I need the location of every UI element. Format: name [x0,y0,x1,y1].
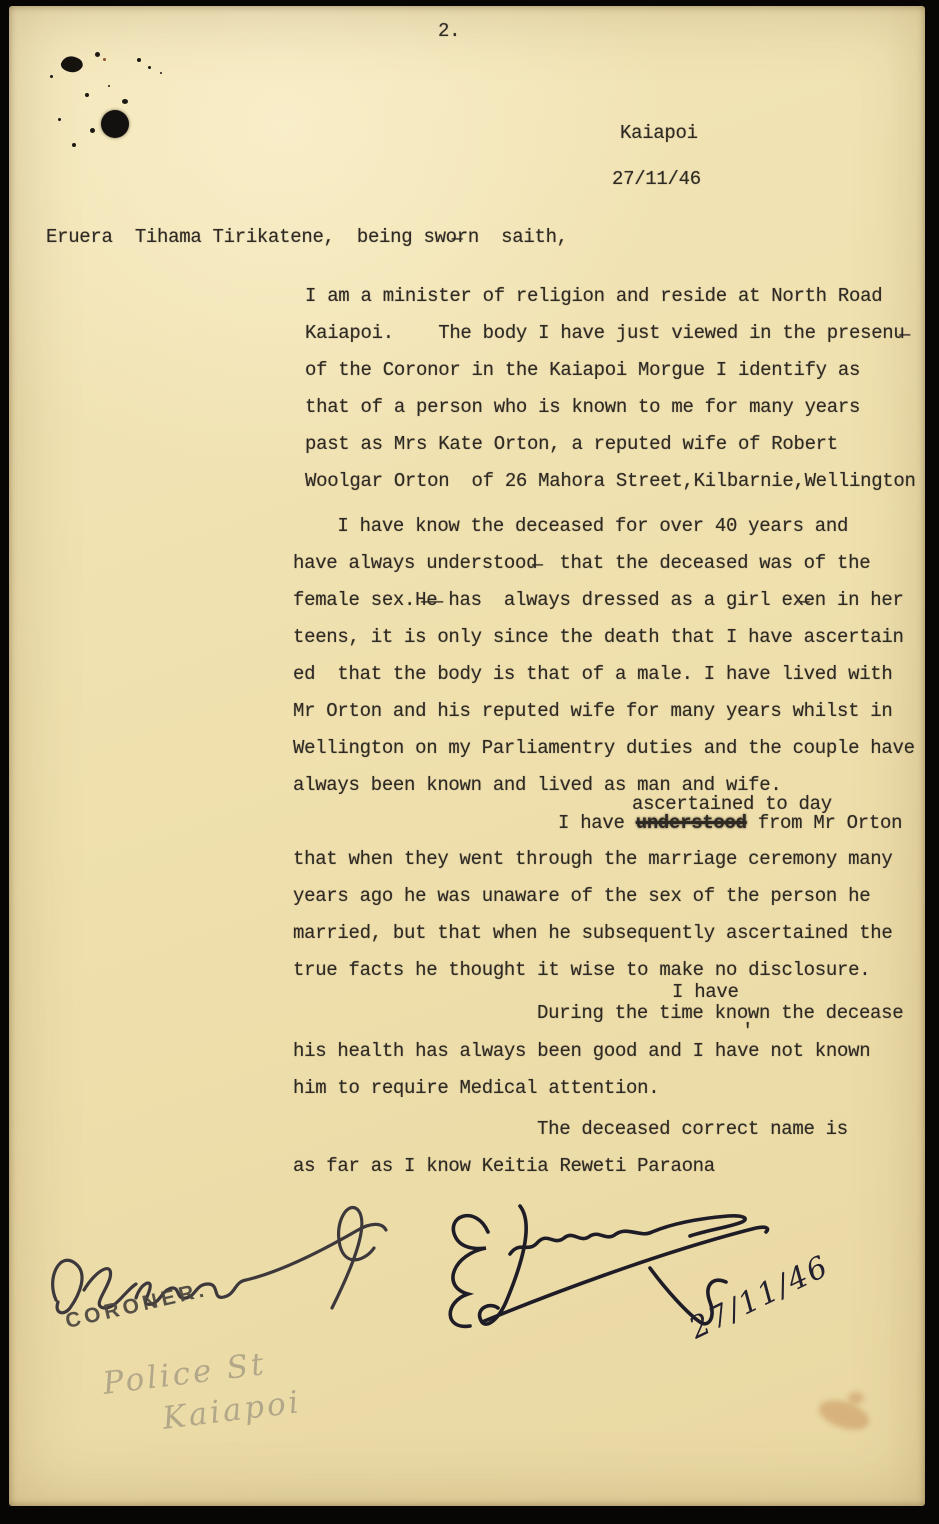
opening-line: Eruera Tihama Tirikatene, being swo̶rn s… [46,226,568,248]
struck-out-word: understood [636,812,747,834]
dateline-date: 27/11/46 [612,168,701,190]
body-line: Woolgar Orton of 26 Mahora Street,Kilbar… [305,470,916,492]
body-line: Wellington on my Parliamentry duties and… [293,737,915,759]
body-line: female sex.H̶e̶ has always dressed as a … [293,589,904,611]
interlined-insertion: I have [672,981,739,1003]
dateline-place: Kaiapoi [620,122,698,144]
body-line: During the time known the decease [537,1002,903,1024]
body-line: as far as I know Keitia Reweti Paraona [293,1155,715,1177]
body-line: I have know the deceased for over 40 yea… [293,515,848,537]
ink-speck [108,85,110,87]
scanned-document: 2. Kaiapoi 27/11/46 Eruera Tihama Tirika… [0,0,939,1524]
body-line: married, but that when he subsequently a… [293,922,893,944]
ink-speck [122,99,128,104]
coroner-signature [53,1208,386,1313]
rust-stain [848,1392,864,1404]
ink-speck [90,128,95,133]
ink-speck [85,93,89,97]
rust-speck [103,58,106,61]
body-line: that of a person who is known to me for … [305,396,860,418]
insertion-caret: ' [742,1020,753,1042]
body-line-correction: I have understood from Mr Orton [558,812,902,834]
page-number: 2. [438,20,460,42]
ink-speck [148,66,151,69]
body-line: teens, it is only since the death that I… [293,626,904,648]
body-line: him to require Medical attention. [293,1077,659,1099]
correction-post: from Mr Orton [747,812,902,834]
ink-speck [95,52,100,57]
body-line: The deceased correct name is [537,1118,848,1140]
body-line: true facts he thought it wise to make no… [293,959,870,981]
ink-speck [160,72,162,74]
body-line: his health has always been good and I ha… [293,1040,870,1062]
ink-speck [72,143,76,147]
body-line: ed that the body is that of a male. I ha… [293,663,893,685]
body-line: years ago he was unaware of the sex of t… [293,885,870,907]
body-line: of the Coronor in the Kaiapoi Morgue I i… [305,359,860,381]
ink-speck [50,75,53,78]
ink-speck [137,58,141,62]
punch-hole [101,110,129,138]
body-line: past as Mrs Kate Orton, a reputed wife o… [305,433,838,455]
correction-pre: I have [558,812,636,834]
body-line: that when they went through the marriage… [293,848,893,870]
body-line: Mr Orton and his reputed wife for many y… [293,700,893,722]
ink-speck [58,118,61,121]
body-line: Kaiapoi. The body I have just viewed in … [305,322,905,344]
body-line: have always understood̶ that the decease… [293,552,870,574]
body-line: I am a minister of religion and reside a… [305,285,882,307]
